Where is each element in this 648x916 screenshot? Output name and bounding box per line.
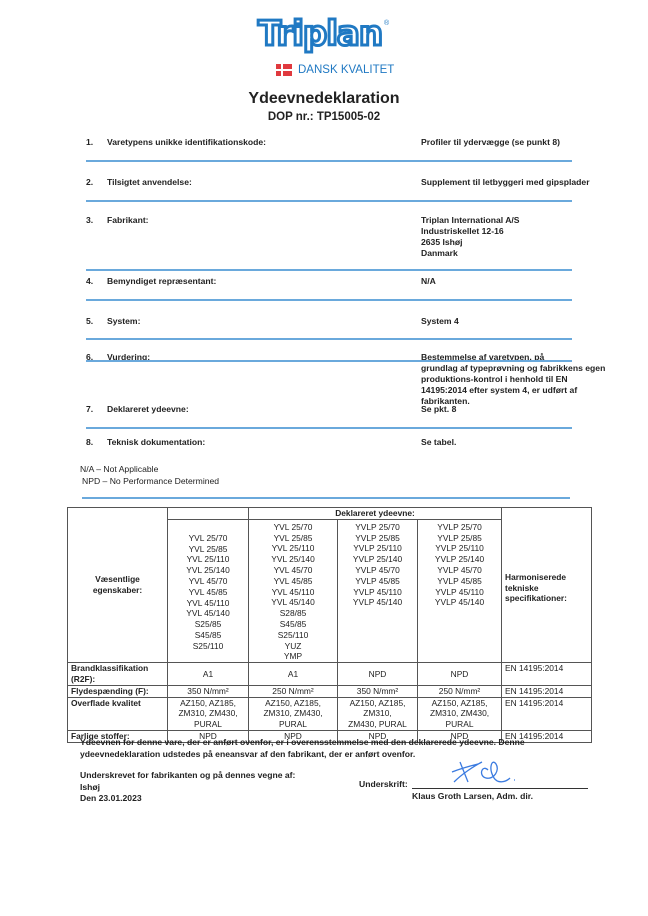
product-code: YVL 25/140 xyxy=(252,554,334,565)
divider xyxy=(82,497,570,499)
product-code: YVL 25/85 xyxy=(252,533,334,544)
product-code: YVL 25/85 xyxy=(171,544,245,555)
product-code: YVL 45/110 xyxy=(252,587,334,598)
product-code: YVLP 25/110 xyxy=(341,543,414,554)
product-column: YVLP 25/70YVLP 25/85YVLP 25/110YVLP 25/1… xyxy=(338,519,418,662)
harmonised-spec: EN 14195:2014 xyxy=(502,697,592,730)
divider xyxy=(86,200,572,202)
signatory-name: Klaus Groth Larsen, Adm. dir. xyxy=(412,791,533,803)
product-code: YVL 25/70 xyxy=(252,522,334,533)
divider xyxy=(86,299,572,301)
table-row: Brandklassifikation (R2F):A1A1NPDNPDEN 1… xyxy=(68,663,592,686)
logo-tagline: DANSK KVALITET xyxy=(298,64,394,76)
product-code: YVLP 45/140 xyxy=(421,597,498,608)
properties-label: Væsentlige egenskaber: xyxy=(68,508,168,663)
product-code: YVLP 25/70 xyxy=(341,522,414,533)
product-code: S25/110 xyxy=(171,641,245,652)
product-code: YVL 45/140 xyxy=(171,608,245,619)
product-code: YVLP 45/110 xyxy=(341,587,414,598)
product-code: YVLP 25/70 xyxy=(421,522,498,533)
signed-for: Underskrevet for fabrikanten og på denne… xyxy=(80,770,295,782)
product-code: YVL 25/140 xyxy=(171,565,245,576)
product-code: YVLP 45/85 xyxy=(341,576,414,587)
product-code: YVLP 45/140 xyxy=(341,597,414,608)
divider xyxy=(86,427,572,429)
product-code: YVL 45/70 xyxy=(171,576,245,587)
harmonised-spec: EN 14195:2014 xyxy=(502,685,592,697)
product-code: S28/85 xyxy=(252,608,334,619)
product-code: YVL 45/85 xyxy=(252,576,334,587)
conformity-statement: Ydeevnen for denne vare, der er anført o… xyxy=(80,737,605,760)
harmonised-spec-label: Harmoniserede tekniske specifikationer: xyxy=(502,508,592,663)
dop-number: DOP nr.: TP15005-02 xyxy=(0,111,648,123)
property-value: NPD xyxy=(338,663,418,686)
product-code: YUZ xyxy=(252,641,334,652)
item-label: Deklareret ydeevne: xyxy=(107,404,189,414)
product-column: YVLP 25/70YVLP 25/85YVLP 25/110YVLP 25/1… xyxy=(418,519,502,662)
property-value: 350 N/mm² xyxy=(168,685,249,697)
divider xyxy=(86,160,572,162)
item-label: Teknisk dokumentation: xyxy=(107,437,205,447)
item-number: 4. xyxy=(86,276,93,286)
item-number: 7. xyxy=(86,404,93,414)
triplan-logo: Triplan ® DANSK KVALITET xyxy=(258,14,382,84)
product-code: S25/110 xyxy=(252,630,334,641)
date: Den 23.01.2023 xyxy=(80,793,295,805)
product-column: YVL 25/70YVL 25/85YVL 25/110YVL 25/140YV… xyxy=(168,519,249,662)
product-code: YVL 45/110 xyxy=(171,598,245,609)
property-label: Flydespænding (F): xyxy=(68,685,168,697)
property-value: 250 N/mm² xyxy=(249,685,338,697)
product-code: YVLP 45/70 xyxy=(421,565,498,576)
product-code: YVLP 25/140 xyxy=(341,554,414,565)
item-number: 1. xyxy=(86,137,93,147)
divider xyxy=(86,360,572,362)
registered-mark: ® xyxy=(384,20,389,27)
property-value: NPD xyxy=(418,663,502,686)
place: Ishøj xyxy=(80,782,295,794)
item-label: Bemyndiget repræsentant: xyxy=(107,276,216,286)
product-code: YVLP 25/110 xyxy=(421,543,498,554)
signature-label: Underskrift: xyxy=(359,779,408,791)
product-code: YVLP 25/85 xyxy=(341,533,414,544)
product-code: YVL 25/110 xyxy=(252,543,334,554)
item-label: Fabrikant: xyxy=(107,215,149,225)
logo-wordmark: Triplan xyxy=(258,14,382,54)
harmonised-spec: EN 14195:2014 xyxy=(502,663,592,686)
product-code: S45/85 xyxy=(171,630,245,641)
abbreviation-notes: N/A – Not Applicable NPD – No Performanc… xyxy=(80,464,219,487)
item-label: System: xyxy=(107,316,140,326)
product-code: YVLP 25/85 xyxy=(421,533,498,544)
property-label: Brandklassifikation (R2F): xyxy=(68,663,168,686)
item-number: 2. xyxy=(86,177,93,187)
property-value: A1 xyxy=(249,663,338,686)
product-code: YVLP 45/110 xyxy=(421,587,498,598)
product-code: YVL 45/70 xyxy=(252,565,334,576)
product-code: YVL 45/85 xyxy=(171,587,245,598)
item-number: 3. xyxy=(86,215,93,225)
item-label: Varetypens unikke identifikationskode: xyxy=(107,137,266,147)
product-code: YVLP 45/85 xyxy=(421,576,498,587)
product-code: S45/85 xyxy=(252,619,334,630)
item-value: N/A xyxy=(421,276,601,287)
item-value: System 4 xyxy=(421,316,601,327)
product-code: YVLP 45/70 xyxy=(341,565,414,576)
product-code: YVLP 25/140 xyxy=(421,554,498,565)
signed-block: Underskrevet for fabrikanten og på denne… xyxy=(80,770,295,805)
product-column: YVL 25/70YVL 25/85YVL 25/110YVL 25/140YV… xyxy=(249,519,338,662)
performance-table: Væsentlige egenskaber: Deklareret ydeevn… xyxy=(67,507,592,743)
signature-icon xyxy=(448,756,518,790)
item-value: Se tabel. xyxy=(421,437,601,448)
property-value: AZ150, AZ185, ZM310, ZM430, PURAL xyxy=(168,697,249,730)
product-code: S25/85 xyxy=(171,619,245,630)
declared-performance-header: Deklareret ydeevne: xyxy=(249,508,502,520)
note-na: N/A – Not Applicable xyxy=(80,464,219,476)
item-number: 5. xyxy=(86,316,93,326)
property-value: AZ150, AZ185, ZM310, ZM430, PURAL xyxy=(338,697,418,730)
table-row: Flydespænding (F):350 N/mm²250 N/mm²350 … xyxy=(68,685,592,697)
danish-flag-icon xyxy=(276,64,292,76)
item-label: Tilsigtet anvendelse: xyxy=(107,177,192,187)
product-code: YVL 25/110 xyxy=(171,554,245,565)
property-value: 350 N/mm² xyxy=(338,685,418,697)
table-row: Overflade kvalitetAZ150, AZ185, ZM310, Z… xyxy=(68,697,592,730)
item-value: Triplan International A/SIndustriskellet… xyxy=(421,215,601,259)
page-title: Ydeevnedeklaration xyxy=(0,90,648,108)
item-value: Se pkt. 8 xyxy=(421,404,601,415)
property-value: AZ150, AZ185, ZM310, ZM430, PURAL xyxy=(418,697,502,730)
item-value: Supplement til letbyggeri med gipsplader xyxy=(421,177,601,188)
note-npd: NPD – No Performance Determined xyxy=(80,476,219,488)
product-code: YMP xyxy=(252,651,334,662)
property-label: Overflade kvalitet xyxy=(68,697,168,730)
item-number: 8. xyxy=(86,437,93,447)
product-code: YVL 45/140 xyxy=(252,597,334,608)
property-value: AZ150, AZ185, ZM310, ZM430, PURAL xyxy=(249,697,338,730)
divider xyxy=(86,269,572,271)
divider xyxy=(86,338,572,340)
product-code: YVL 25/70 xyxy=(171,533,245,544)
property-value: A1 xyxy=(168,663,249,686)
property-value: 250 N/mm² xyxy=(418,685,502,697)
item-value: Profiler til ydervægge (se punkt 8) xyxy=(421,137,601,148)
